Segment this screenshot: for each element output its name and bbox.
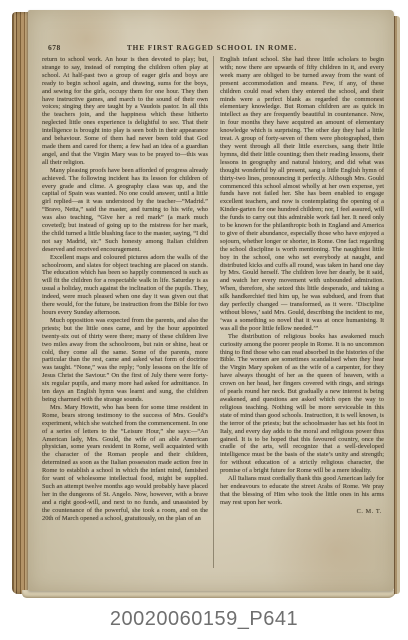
paragraph: Much opposition was expected from the pa… <box>42 317 208 404</box>
paragraph: English infant school. She had three lit… <box>220 56 384 333</box>
paragraph: All Italians must cordially thank this g… <box>220 475 384 507</box>
column-right-paragraphs: English infant school. She had three lit… <box>220 56 384 507</box>
page-header: 678 THE FIRST RAGGED SCHOOL IN ROME. <box>44 43 380 53</box>
paragraph: Many pleasing proofs have been afforded … <box>42 167 208 254</box>
running-title: THE FIRST RAGGED SCHOOL IN ROME. <box>44 43 380 52</box>
paragraph: Mrs. Mary Howitt, who has been for some … <box>42 404 208 523</box>
page-number: 678 <box>48 43 61 52</box>
book-photo: 678 THE FIRST RAGGED SCHOOL IN ROME. ret… <box>12 10 400 598</box>
paragraph: Excellent maps and coloured pictures ado… <box>42 254 208 317</box>
text-columns: return to school work. An hour is then d… <box>42 56 384 568</box>
scanned-page: 678 THE FIRST RAGGED SCHOOL IN ROME. ret… <box>28 10 394 591</box>
column-left: return to school work. An hour is then d… <box>42 56 213 568</box>
author-signature: C. M. T. <box>220 508 384 516</box>
artifact-label: 20020060159_P641 <box>110 608 298 631</box>
paragraph: return to school work. An hour is then d… <box>42 56 208 167</box>
book-spine-page-edges <box>12 12 28 594</box>
label-strip: 20020060159_P641 <box>0 598 408 640</box>
paragraph: The distribution of religious books has … <box>220 333 384 475</box>
book-bottom-page-edges <box>22 590 396 598</box>
book-fore-edge <box>394 16 400 594</box>
column-right: English infant school. She had three lit… <box>213 56 384 568</box>
